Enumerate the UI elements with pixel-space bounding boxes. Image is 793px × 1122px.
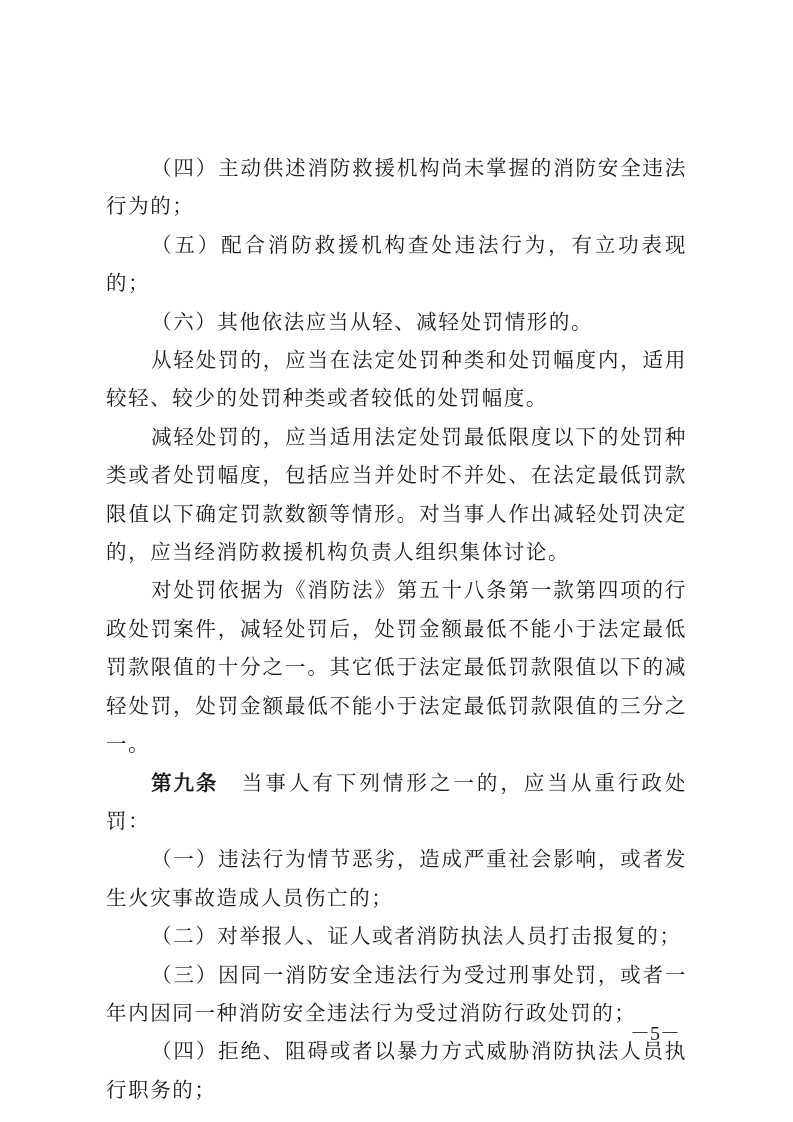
page-number: －5－ [630, 1017, 680, 1046]
paragraph-heavier-item-2: （二）对举报人、证人或者消防执法人员打击报复的； [106, 917, 687, 955]
document-page: （四）主动供述消防救援机构尚未掌握的消防安全违法行为的； （五）配合消防救援机构… [0, 0, 793, 1122]
paragraph-fire-law-article-58: 对处罚依据为《消防法》第五十八条第一款第四项的行政处罚案件，减轻处罚后，处罚金额… [106, 571, 687, 763]
paragraph-item-5: （五）配合消防救援机构查处违法行为，有立功表现的； [106, 226, 687, 303]
paragraph-lighter-penalty: 从轻处罚的，应当在法定处罚种类和处罚幅度内，适用较轻、较少的处罚种类或者较低的处… [106, 341, 687, 418]
paragraph-heavier-item-4: （四）拒绝、阻碍或者以暴力方式威胁消防执法人员执行职务的； [106, 1032, 687, 1109]
paragraph-reduced-penalty: 减轻处罚的，应当适用法定处罚最低限度以下的处罚种类或者处罚幅度，包括应当并处时不… [106, 418, 687, 572]
paragraph-heavier-item-1: （一）违法行为情节恶劣，造成严重社会影响，或者发生火灾事故造成人员伤亡的； [106, 840, 687, 917]
paragraph-heavier-item-3: （三）因同一消防安全违法行为受过刑事处罚，或者一年内因同一种消防安全违法行为受过… [106, 956, 687, 1033]
paragraph-item-6: （六）其他依法应当从轻、减轻处罚情形的。 [106, 303, 687, 341]
document-body: （四）主动供述消防救援机构尚未掌握的消防安全违法行为的； （五）配合消防救援机构… [106, 149, 687, 1109]
paragraph-item-4: （四）主动供述消防救援机构尚未掌握的消防安全违法行为的； [106, 149, 687, 226]
article-9-paragraph: 第九条 当事人有下列情形之一的，应当从重行政处罚： [106, 764, 687, 841]
article-title: 第九条 [151, 771, 218, 795]
